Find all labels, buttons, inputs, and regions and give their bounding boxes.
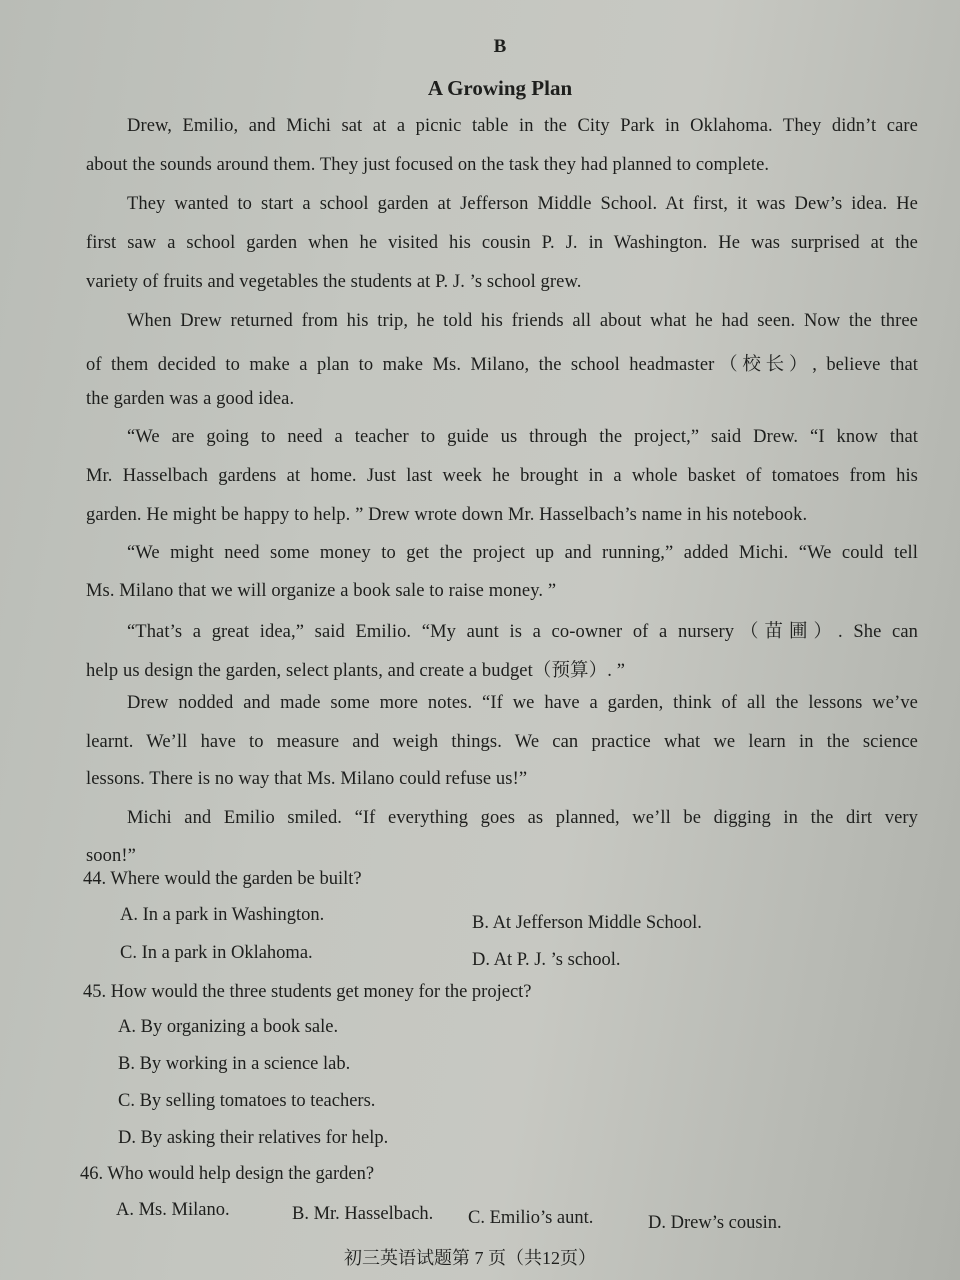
answer-option-c: C. In a park in Oklahoma.: [120, 943, 313, 964]
section-label: B: [0, 36, 960, 58]
passage-line: of them decided to make a plan to make M…: [86, 350, 918, 376]
question-number: 45.: [83, 982, 111, 1002]
passage-line: Drew nodded and made some more notes. “I…: [127, 693, 918, 714]
answer-option-d: D. By asking their relatives for help.: [118, 1128, 388, 1149]
passage-line: “That’s a great idea,” said Emilio. “My …: [127, 617, 918, 643]
passage-line: help us design the garden, select plants…: [86, 656, 625, 682]
passage-line: They wanted to start a school garden at …: [127, 194, 918, 215]
passage-line: Drew, Emilio, and Michi sat at a picnic …: [127, 116, 918, 137]
passage-line: Michi and Emilio smiled. “If everything …: [127, 808, 918, 829]
answer-option-c: C. Emilio’s aunt.: [468, 1208, 593, 1229]
passage-line: “We might need some money to get the pro…: [127, 543, 918, 564]
answer-option-c: C. By selling tomatoes to teachers.: [118, 1091, 375, 1112]
answer-option-a: A. By organizing a book sale.: [118, 1017, 338, 1038]
passage-line: “We are going to need a teacher to guide…: [127, 427, 918, 448]
question-number: 44.: [83, 869, 110, 889]
answer-option-b: B. By working in a science lab.: [118, 1054, 350, 1075]
question-46: 46. Who would help design the garden?: [80, 1164, 374, 1185]
answer-option-a: A. In a park in Washington.: [120, 905, 324, 926]
answer-option-d: D. At P. J. ’s school.: [472, 950, 621, 971]
passage-line: about the sounds around them. They just …: [86, 155, 769, 176]
passage-line: soon!”: [86, 846, 136, 867]
question-text: Who would help design the garden?: [107, 1164, 374, 1184]
passage-line: first saw a school garden when he visite…: [86, 233, 918, 254]
question-text: How would the three students get money f…: [111, 982, 532, 1002]
answer-option-b: B. Mr. Hasselbach.: [292, 1204, 433, 1225]
passage-line: garden. He might be happy to help. ” Dre…: [86, 505, 807, 526]
passage-line: learnt. We’ll have to measure and weigh …: [86, 732, 918, 753]
answer-option-d: D. Drew’s cousin.: [648, 1213, 782, 1234]
answer-option-a: A. Ms. Milano.: [116, 1200, 230, 1221]
passage-title: A Growing Plan: [0, 76, 960, 101]
page-footer: 初三英语试题第 7 页（共12页）: [0, 1244, 940, 1270]
passage-line: Mr. Hasselbach gardens at home. Just las…: [86, 466, 918, 487]
question-44: 44. Where would the garden be built?: [83, 869, 362, 890]
passage-line: lessons. There is no way that Ms. Milano…: [86, 769, 527, 790]
question-number: 46.: [80, 1164, 107, 1184]
question-text: Where would the garden be built?: [110, 869, 361, 889]
question-45: 45. How would the three students get mon…: [83, 982, 532, 1003]
passage-line: variety of fruits and vegetables the stu…: [86, 272, 581, 293]
answer-option-b: B. At Jefferson Middle School.: [472, 913, 702, 934]
passage-line: When Drew returned from his trip, he tol…: [127, 311, 918, 332]
exam-page: B A Growing Plan Drew, Emilio, and Michi…: [0, 0, 960, 1280]
passage-line: Ms. Milano that we will organize a book …: [86, 581, 556, 602]
passage-line: the garden was a good idea.: [86, 389, 294, 410]
